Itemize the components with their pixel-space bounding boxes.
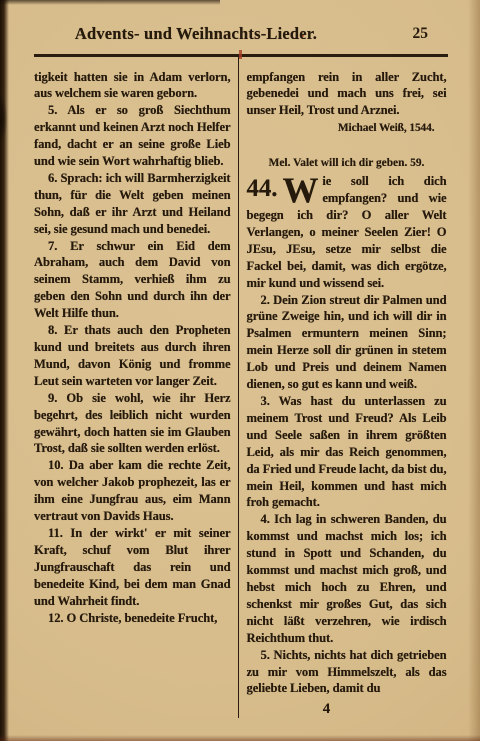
drop-cap-initial: W [282,174,318,206]
text-columns: tigkeit hatten sie in Adam verlorn, aus … [34,57,448,719]
hymn-verse: 3. Was hast du unterlassen zu meinem Tro… [247,393,447,511]
hymn-first-verse: 44. W ie soll ich dich empfangen? und wi… [247,173,447,291]
hymn-verse: 12. O Christe, benedeite Frucht, [34,610,231,627]
hymn-verse: 11. In der wirkt' er mit seiner Kraft, s… [34,525,231,610]
page-bottom-edge-shadow [0,735,480,741]
hymn-number: 44. [247,175,278,203]
hymn-verse: 4. Ich lag in schweren Banden, du kommst… [247,511,447,646]
hymn-verse: 2. Dein Zion streut dir Palmen und grüne… [247,292,447,393]
page-number: 25 [413,25,429,43]
page-right-edge-shadow [468,0,480,741]
left-column: tigkeit hatten sie in Adam verlorn, aus … [34,57,239,719]
page-top-edge-shadow [0,0,220,5]
signature-mark: 4 [247,701,407,718]
header-rule [34,54,448,57]
hymn-verse: 6. Sprach: ich will Barmherzigkeit thun,… [34,170,231,238]
book-page-scan: Advents- und Weihnachts-Lieder. 25 tigke… [0,0,480,741]
page-content: Advents- und Weihnachts-Lieder. 25 tigke… [34,24,448,718]
hymn-verse: 10. Da aber kam die rechte Zeit, von wel… [34,457,231,525]
right-column: empfangen rein in aller Zucht, gebenedei… [239,57,447,719]
running-header-title: Advents- und Weihnachts-Lieder. [56,24,336,44]
page-left-edge-shadow [0,0,9,741]
author-attribution: Michael Weiß, 1544. [247,121,447,136]
hymn-verse-continuation: empfangen rein in aller Zucht, gebenedei… [247,69,447,120]
hymn-verse: 7. Er schwur ein Eid dem Abraham, auch d… [34,238,231,323]
hymn-verse: tigkeit hatten sie in Adam verlorn, aus … [34,69,231,103]
melody-reference: Mel. Valet will ich dir geben. 59. [247,156,447,170]
hymn-verse: 9. Ob sie wohl, wie ihr Herz begehrt, de… [34,390,231,458]
hymn-verse: 5. Nichts, nichts hat dich getrieben zu … [247,647,447,698]
hymn-verse: 5. Als er so groß Siechthum erkannt und … [34,102,231,170]
hymn-verse: 8. Er thats auch den Propheten kund und … [34,322,231,390]
